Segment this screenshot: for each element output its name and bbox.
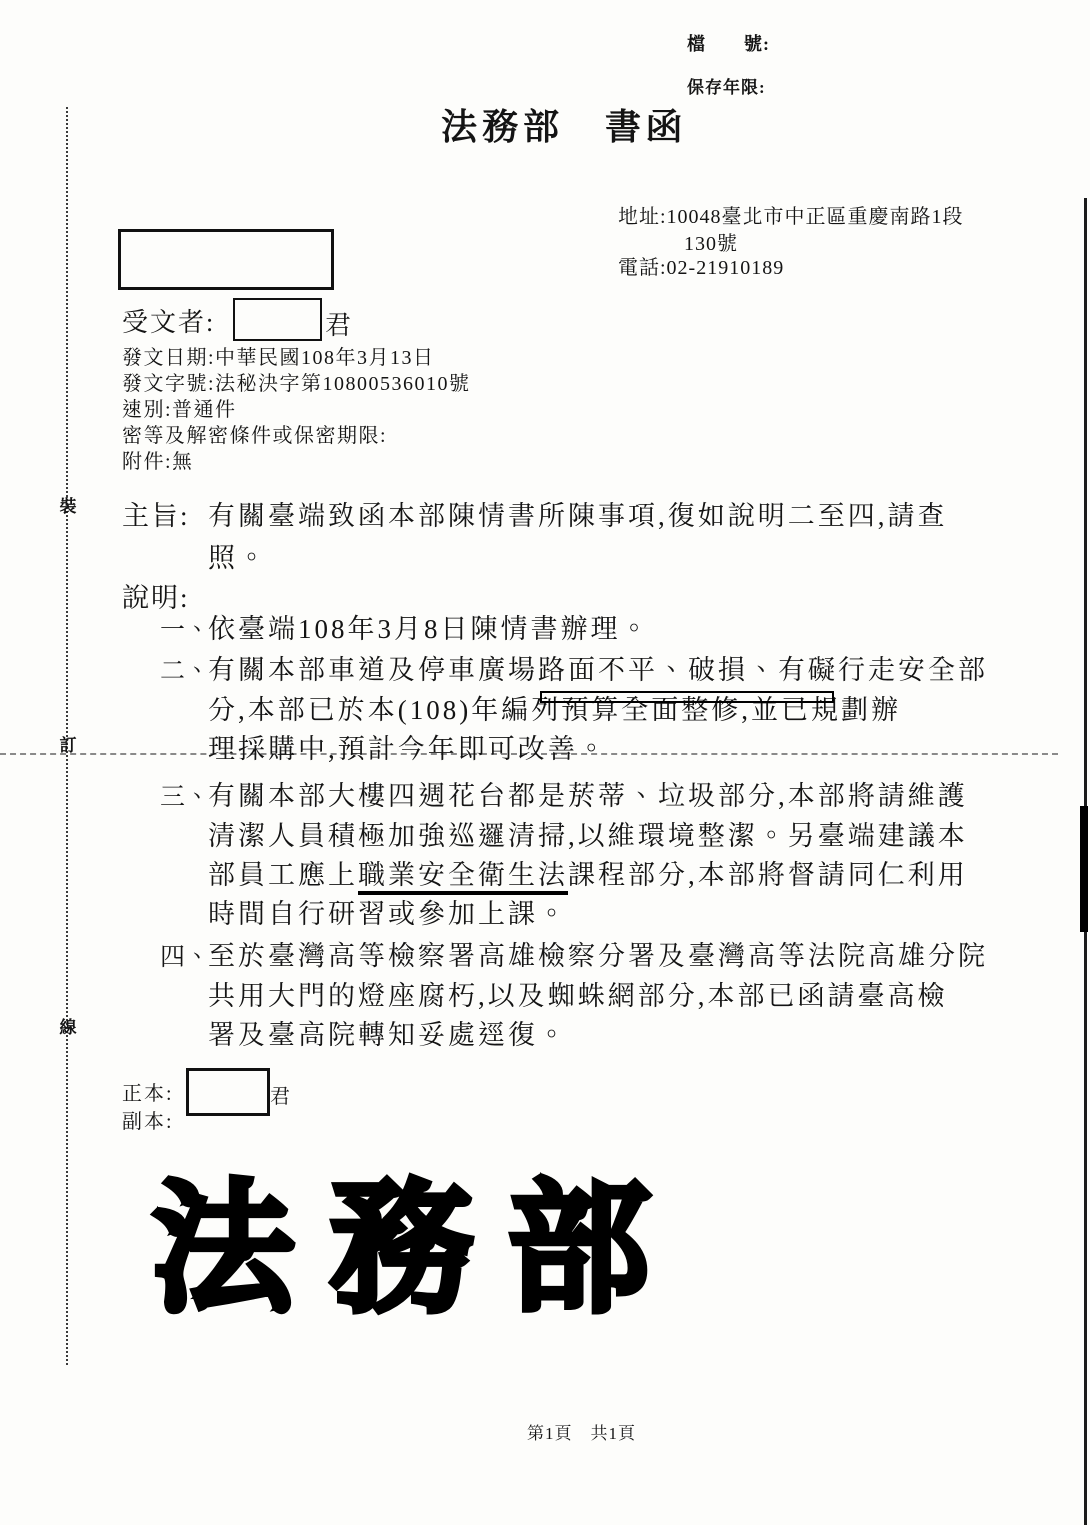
redaction-box-address-label: [118, 229, 334, 290]
item-3-underlined-text: 職業安全衛生法: [358, 860, 568, 895]
scanned-letter-page: 裝 訂 線 檔 號: 保存年限: 法務部 書函 地址:10048臺北市中正區重慶…: [0, 0, 1090, 1525]
subject-text-line-1: 有關臺端致函本部陳情書所陳事項,復如說明二至四,請查: [208, 494, 948, 533]
item-2-text-cont: 行走安全部: [838, 655, 988, 685]
explanation-item-4: 四、至於臺灣高等檢察署高雄檢察分署及臺灣高等法院高雄分院 共用大門的燈座腐朽,以…: [160, 937, 988, 1055]
sender-address-line-1: 地址:10048臺北市中正區重慶南路1段: [618, 200, 964, 229]
redaction-box-recipient-name: [233, 298, 322, 341]
item-4-number: 四、: [160, 938, 208, 977]
recipient-label: 受文者:: [122, 302, 215, 339]
scan-edge-blob: [1080, 806, 1088, 932]
attachment: 附件:無: [122, 449, 471, 475]
item-3-line-3: 部員工應上職業安全衛生法課程部分,本部將督請同仁利用: [160, 856, 968, 895]
original-copy-label: 正本:: [122, 1077, 174, 1106]
binding-margin-char-zhuang: 裝: [55, 492, 81, 517]
item-4-line-1: 至於臺灣高等檢察署高雄檢察分署及臺灣高等法院高雄分院: [208, 941, 988, 971]
item-2-number: 二、: [160, 652, 208, 691]
item-3-line-1: 有關本部大樓四週花台都是菸蒂、垃圾部分,本部將請維護: [208, 781, 968, 811]
item-2-boxed-underline-text: 路面不平、破損、有礙: [538, 651, 838, 690]
page-number: 第1頁 共1頁: [527, 1419, 636, 1444]
document-number: 發文字號:法秘決字第10800536010號: [122, 371, 471, 397]
item-1-number: 一、: [160, 611, 208, 650]
item-1-text: 依臺端108年3月8日陳情書辦理。: [208, 614, 651, 644]
original-copy-honorific: 君: [270, 1080, 290, 1109]
explanation-item-1: 一、依臺端108年3月8日陳情書辦理。: [160, 610, 651, 650]
letter-metadata: 發文日期:中華民國108年3月13日 發文字號:法秘決字第10800536010…: [122, 345, 471, 475]
item-2-text: 有關本部車道及停車廣場: [208, 655, 538, 685]
item-3-text: 部員工應上: [208, 860, 358, 890]
item-4-line-2: 共用大門的燈座腐朽,以及蜘蛛網部分,本部已函請臺高檢: [160, 977, 988, 1016]
ministry-of-justice-stamp: 法務部: [152, 1172, 686, 1328]
item-4-line-3: 署及臺高院轉知妥處逕復。: [160, 1016, 988, 1055]
retention-period-label: 保存年限:: [687, 73, 766, 98]
classification: 密等及解密條件或保密期限:: [122, 423, 471, 449]
recipient-honorific: 君: [325, 305, 351, 342]
sender-phone: 電話:02-21910189: [618, 251, 784, 280]
subject-text-line-2: 照。: [208, 536, 268, 575]
item-3-line-2: 清潔人員積極加強巡邏清掃,以維環境整潔。另臺端建議本: [160, 817, 968, 856]
item-3-number: 三、: [160, 778, 208, 817]
explanation-item-3: 三、有關本部大樓四週花台都是菸蒂、垃圾部分,本部將請維護 清潔人員積極加強巡邏清…: [160, 777, 968, 934]
item-2-line-3: 理採購中,預計今年即可改善。: [160, 730, 988, 769]
binding-margin-char-xian: 線: [55, 1013, 81, 1038]
item-3-line-4: 時間自行研習或參加上課。: [160, 895, 968, 934]
delivery-speed: 速別:普通件: [122, 397, 471, 423]
subject-label: 主旨:: [122, 494, 190, 533]
issue-date: 發文日期:中華民國108年3月13日: [122, 345, 471, 371]
item-3-text-cont: 課程部分,本部將督請同仁利用: [568, 860, 968, 890]
document-title: 法務部 書函: [441, 99, 687, 150]
cc-copy-label: 副本:: [122, 1105, 174, 1134]
explanation-item-2: 二、有關本部車道及停車廣場路面不平、破損、有礙行走安全部 分,本部已於本(108…: [160, 651, 988, 769]
redaction-box-original-name: [186, 1068, 270, 1116]
file-number-label: 檔 號:: [687, 30, 770, 56]
